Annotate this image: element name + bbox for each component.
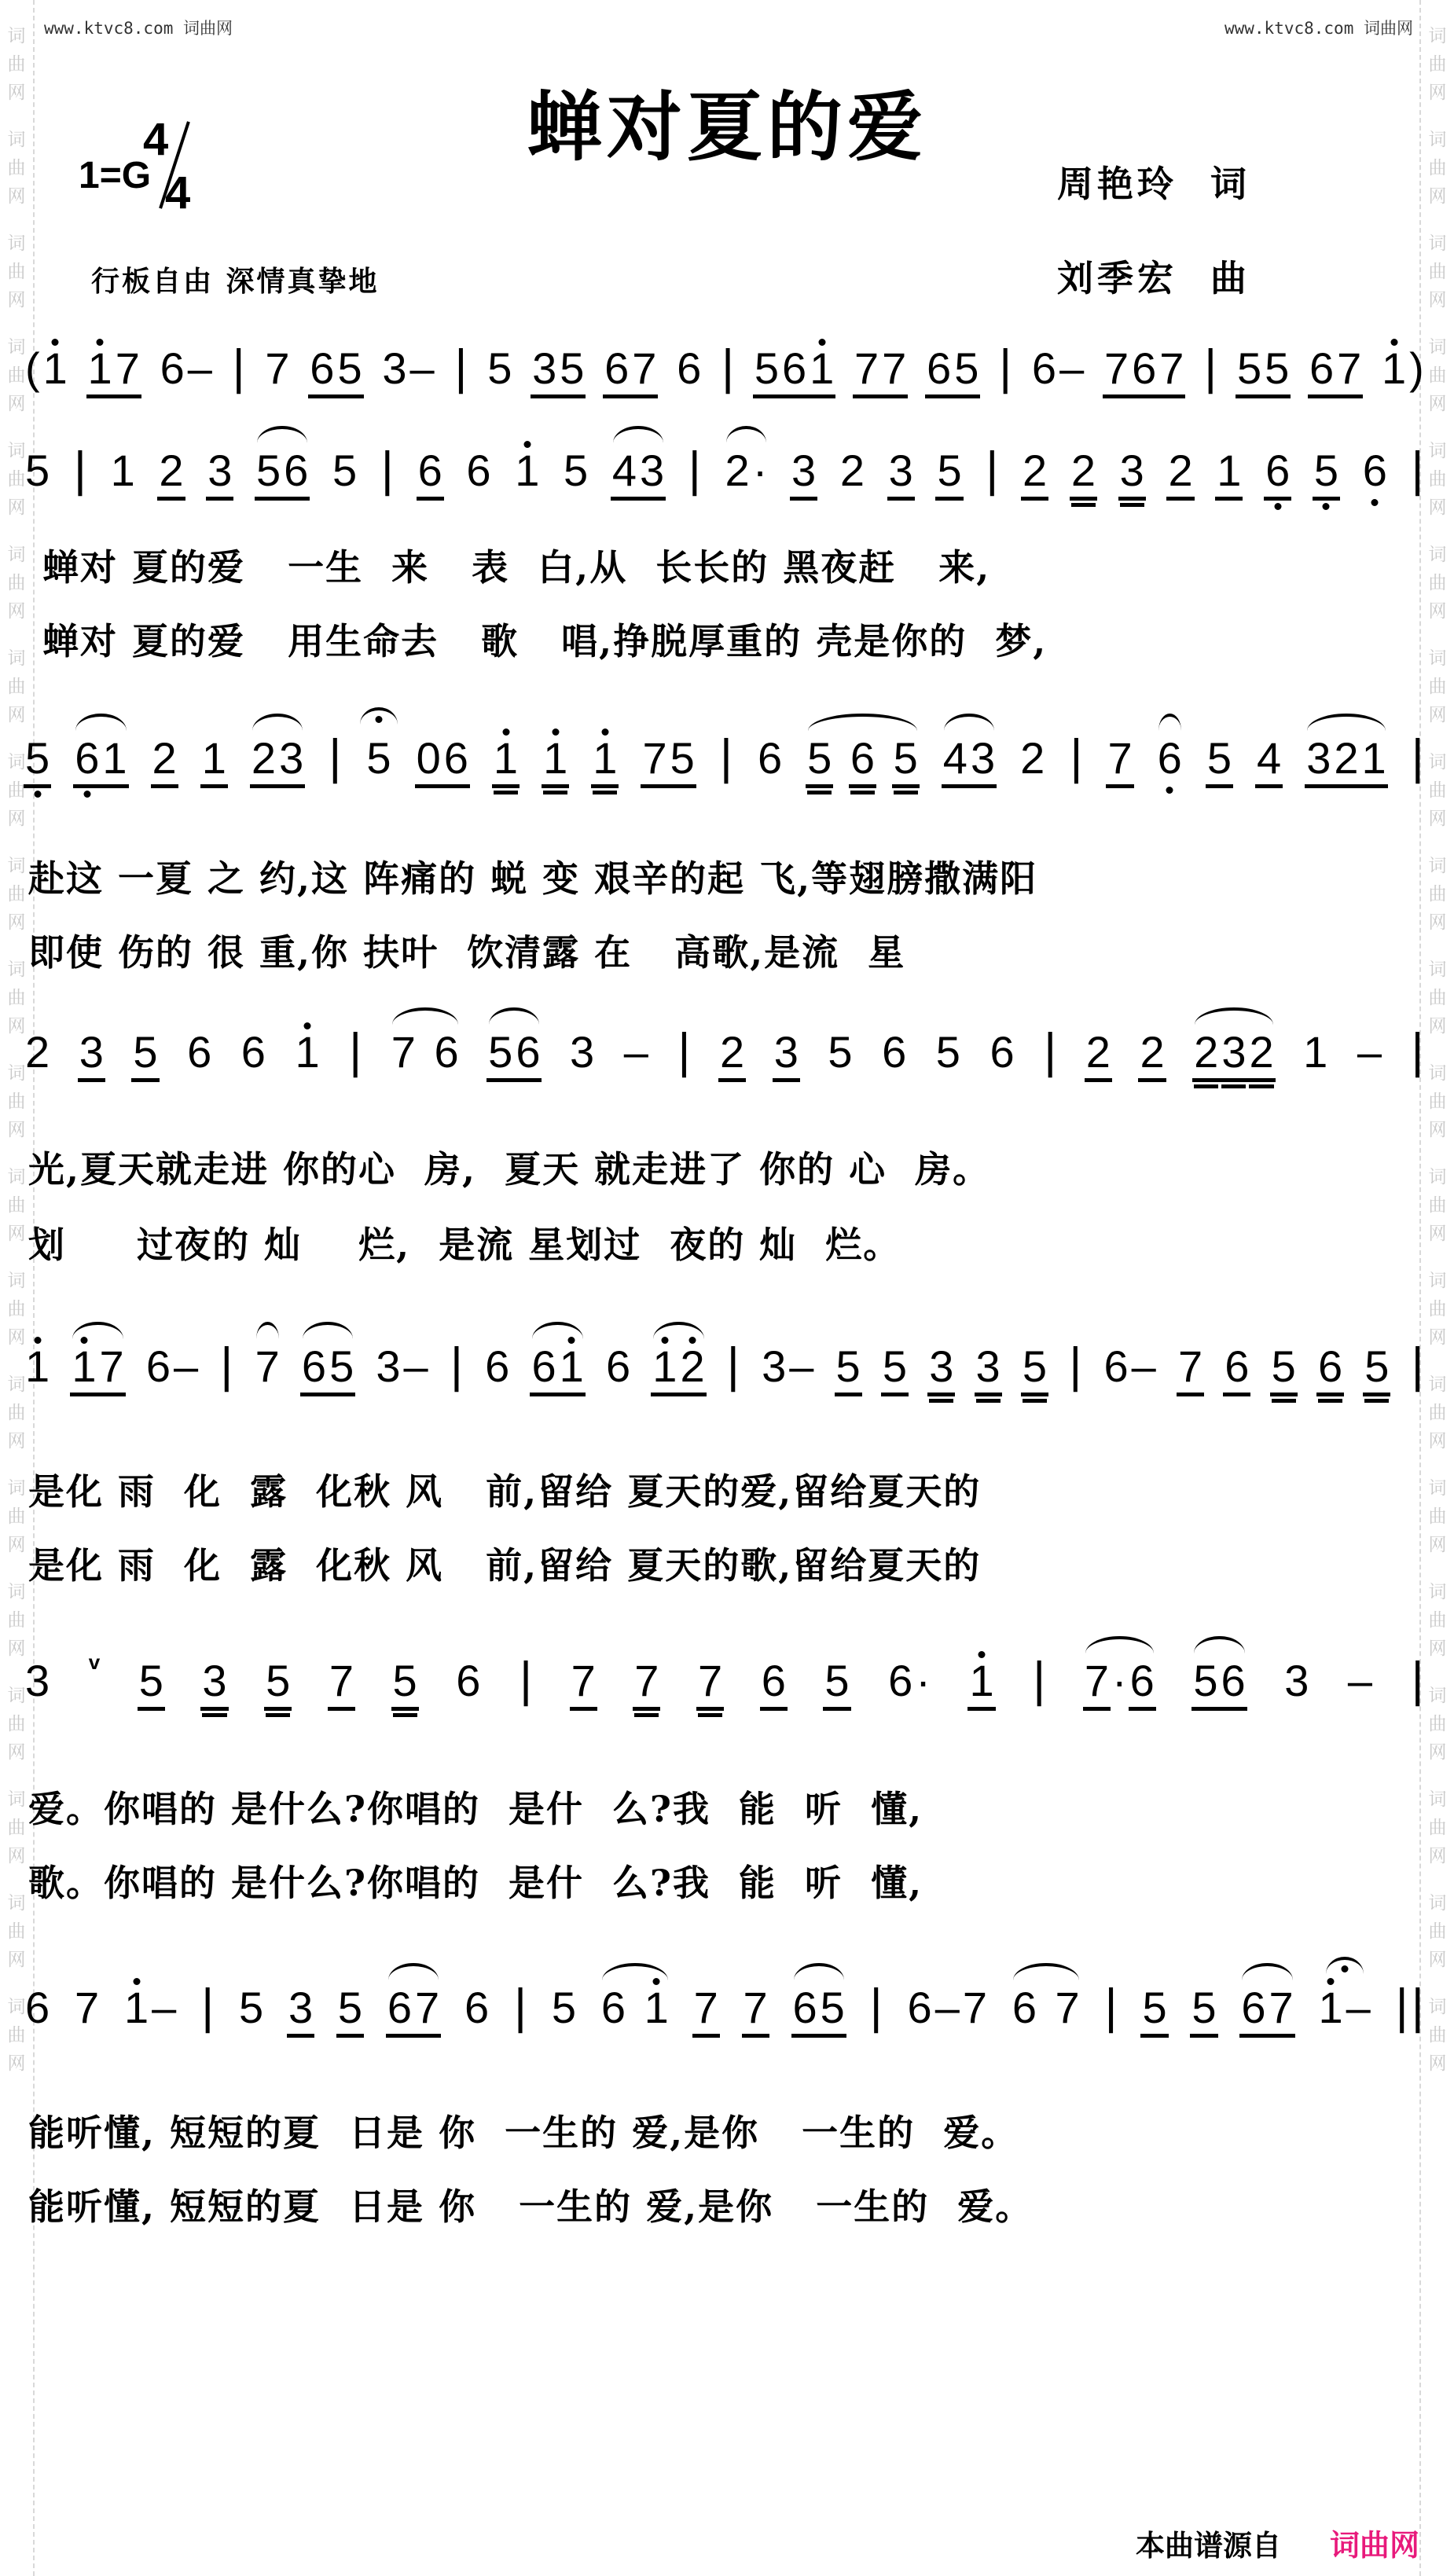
note-token: 75 — [641, 732, 696, 788]
note-token: 6–7 — [906, 1982, 989, 2033]
note-token: 1 — [24, 1341, 51, 1392]
note-token: 232 — [1192, 1026, 1275, 1082]
side-watermark-group: 词曲网 — [0, 1578, 33, 1663]
barline: | — [1042, 1023, 1058, 1079]
note-token: 5 — [550, 1982, 578, 2033]
note-token: 7 — [1177, 1341, 1204, 1396]
note-token: 5 — [823, 1655, 850, 1711]
note-token: 6 — [760, 1655, 788, 1711]
side-watermark-group: 词曲网 — [1421, 1889, 1454, 1974]
note-token: 1 — [1215, 445, 1243, 501]
note-token: 5 — [1206, 732, 1233, 788]
note-token: 1) — [1380, 343, 1426, 394]
note-token: 2 — [718, 1026, 746, 1082]
note-token: 6 — [756, 732, 784, 783]
note-token: 77 — [853, 343, 908, 398]
note-token: 6 — [483, 1341, 511, 1392]
note-token: 6 — [463, 1982, 490, 2033]
barline: | — [218, 1338, 234, 1393]
site-watermark-top-left: www.ktvc8.com 词曲网 — [44, 16, 233, 39]
note-token: 3 — [887, 445, 915, 501]
note-token: 6 — [185, 1026, 213, 1077]
barline: | — [1410, 729, 1426, 785]
note-token: 2 — [839, 445, 866, 496]
note-token: 67 — [1308, 343, 1363, 398]
barline: | — [1410, 1338, 1426, 1393]
note-token: 7 — [73, 1982, 101, 2033]
barline: | — [1410, 442, 1426, 497]
note-token: 1 — [109, 445, 137, 496]
note-token: 7 — [263, 343, 291, 394]
note-token: 43 — [611, 445, 666, 501]
note-token: 17 — [70, 1341, 125, 1396]
note-token: 6 — [1264, 445, 1291, 501]
note-token: 2 — [1070, 445, 1097, 501]
side-watermark-group: 词曲网 — [1421, 1474, 1454, 1559]
note-token: 5 — [562, 445, 589, 496]
note-token: 3 — [24, 1655, 51, 1706]
note-token: 61 — [73, 732, 128, 788]
note-token: 5 — [835, 1341, 862, 1396]
side-watermark-group: 词曲网 — [1421, 1371, 1454, 1455]
note-token: 6 — [880, 1026, 908, 1077]
note-token: 5 — [1190, 1982, 1217, 2038]
note-token: 23 — [250, 732, 305, 788]
footer-source-label: 本曲谱源自 — [1136, 2522, 1281, 2564]
note-token: 6– — [1030, 343, 1085, 394]
note-token: 3 — [78, 1026, 105, 1082]
time-signature-numerator: 4 — [143, 113, 168, 166]
note-token: 2 — [151, 732, 178, 788]
barline: | — [676, 1023, 692, 1079]
note-token: 6 — [417, 445, 444, 501]
lyric-line-3b: 划 过夜的 灿 烂, 是流 星划过 夜的 灿 烂。 — [28, 1216, 901, 1268]
note-token: 5 — [365, 732, 392, 783]
note-token: – — [1356, 1026, 1383, 1077]
side-watermark-group: 词曲网 — [1421, 1993, 1454, 2078]
footer-site-name: 词曲网 — [1330, 2521, 1419, 2564]
note-token: 7 — [696, 1655, 724, 1711]
barline: | — [72, 442, 88, 497]
note-token: 1 — [513, 445, 541, 496]
note-token: 6 — [675, 343, 703, 394]
note-token: 1– — [123, 1982, 178, 2033]
note-token: 3 — [287, 1982, 314, 2038]
note-token: 3 — [790, 445, 817, 501]
note-token: 67 — [603, 343, 658, 398]
barline: | — [1410, 1652, 1426, 1708]
note-token: 5 — [391, 1655, 419, 1711]
time-signature: 4 4 — [143, 116, 209, 222]
note-token: 6 — [988, 1026, 1015, 1077]
note-token: 4 — [1255, 732, 1283, 788]
side-watermark-group: 词曲网 — [1421, 1267, 1454, 1352]
note-token: 321 — [1305, 732, 1387, 788]
note-token: 7 — [570, 1655, 597, 1711]
composer-credit: 刘季宏 曲 — [1057, 250, 1250, 302]
note-token: 55 — [1236, 343, 1291, 398]
barline: | — [449, 1338, 464, 1393]
note-token: 65 — [300, 1341, 355, 1396]
lyric-line-4a: 是化 雨 化 露 化秋 风 前,留给 夏天的爱,留给夏天的 — [28, 1463, 981, 1515]
note-token: 5 — [1270, 1341, 1298, 1396]
music-line-6: 3v535756|777656·1|7·6563–| — [24, 1652, 1426, 1711]
note-token: 65 — [791, 1982, 846, 2038]
note-token: 3– — [380, 343, 435, 394]
barline: | — [1103, 1979, 1119, 2035]
note-token: 67 — [1239, 1982, 1294, 2038]
note-token: 1 — [1302, 1026, 1329, 1077]
lyric-line-5a: 爱。你唱的 是什么?你唱的 是什 么?我 能 听 懂, — [28, 1781, 923, 1833]
note-token: 7·6 — [1083, 1655, 1156, 1711]
note-token: 5 6 5 — [806, 732, 920, 788]
barline: | — [1410, 1023, 1426, 1079]
note-token: 3 — [773, 1026, 800, 1082]
note-token: v — [87, 1650, 101, 1675]
note-token: 65 — [308, 343, 363, 398]
note-token: 65 — [925, 343, 980, 398]
note-token: 56 — [1191, 1655, 1247, 1711]
note-token: 12 — [651, 1341, 706, 1396]
barline: | — [997, 339, 1013, 395]
note-token: 2· — [724, 445, 769, 496]
note-token: 6 1 — [600, 1982, 670, 2033]
note-token: 7 — [742, 1982, 769, 2038]
note-token: 6 — [454, 1655, 482, 1706]
note-token: 6 — [1361, 445, 1389, 496]
note-token: 6 — [1316, 1341, 1344, 1396]
music-line-5: 1176–|7653–|661612|3–55335|6–76565| — [24, 1338, 1426, 1396]
note-token: 6– — [145, 1341, 200, 1392]
note-token: 2 — [1138, 1026, 1166, 1082]
note-token: 67 — [386, 1982, 441, 2038]
note-token: 1 — [492, 732, 520, 788]
barline: | — [200, 1979, 215, 2035]
note-token: 5 — [1140, 1982, 1168, 2038]
sheet-music-page: 词曲网词曲网词曲网词曲网词曲网词曲网词曲网词曲网词曲网词曲网词曲网词曲网词曲网词… — [0, 0, 1454, 2576]
note-token: 3 — [927, 1341, 955, 1396]
footer-attribution: 本曲谱源自 词曲网 — [1136, 2521, 1419, 2564]
barline: | — [1067, 1338, 1083, 1393]
side-watermark-group: 词曲网 — [1421, 333, 1454, 418]
note-token: 5 — [1363, 1341, 1390, 1396]
note-token: 5 — [131, 1026, 159, 1082]
site-watermark-top-right: www.ktvc8.com 词曲网 — [1225, 16, 1413, 39]
note-token: 5 — [934, 1026, 962, 1077]
lyric-line-6b: 能听懂, 短短的夏 日是 你 一生的 爱,是你 一生的 爱。 — [28, 2178, 1033, 2230]
barline: | — [1031, 1652, 1047, 1708]
barline: | — [868, 1979, 884, 2035]
note-token: 3 — [206, 445, 233, 501]
side-watermark-group: 词曲网 — [1421, 748, 1454, 833]
music-line-3: 5612123|50611175|65 6 5432|7654321| — [24, 729, 1426, 788]
note-token: 56 — [487, 1026, 542, 1082]
side-watermark-group: 词曲网 — [1421, 1059, 1454, 1144]
side-watermark-group: 词曲网 — [1421, 437, 1454, 522]
note-token: 5 — [935, 445, 963, 501]
time-signature-denominator: 4 — [165, 167, 190, 219]
side-watermark-group: 词曲网 — [0, 229, 33, 314]
barline: | — [512, 1979, 528, 2035]
barline: | — [720, 339, 736, 395]
lyric-line-6a: 能听懂, 短短的夏 日是 你 一生的 爱,是你 一生的 爱。 — [28, 2104, 1019, 2156]
note-token: 17 — [86, 343, 141, 398]
note-token: 3 — [200, 1655, 228, 1711]
barline: | — [231, 339, 247, 395]
note-token: 43 — [942, 732, 997, 788]
note-token: 3– — [374, 1341, 429, 1392]
note-token: 767 — [1103, 343, 1185, 398]
lyricist-credit: 周艳玲 词 — [1057, 156, 1250, 207]
note-token: 5 — [138, 1655, 165, 1711]
note-token: (1 — [24, 343, 69, 394]
note-token: 6 — [1156, 732, 1184, 783]
note-token: 6– — [159, 343, 214, 394]
note-token: 5 — [24, 445, 51, 496]
barline: | — [687, 442, 703, 497]
barline: | — [453, 339, 468, 395]
note-token: 6 — [240, 1026, 267, 1077]
note-token: 3– — [760, 1341, 815, 1392]
barline: | — [1068, 729, 1084, 785]
note-token: 1– — [1317, 1982, 1372, 2033]
lyric-line-1b: 蝉对 夏的爱 用生命去 歌 唱,挣脱厚重的 壳是你的 梦, — [28, 613, 1047, 665]
side-watermark-group: 词曲网 — [1421, 644, 1454, 729]
music-line-4: 235661|7 6563–|235656|222321–| — [24, 1023, 1426, 1082]
music-line-intro: (1176–|7653–|535676|5617765|6–767|55671) — [24, 339, 1426, 398]
barline: | — [327, 729, 343, 785]
side-watermark-group: 词曲网 — [1421, 1163, 1454, 1248]
note-token: 3 — [568, 1026, 596, 1077]
note-token: 06 — [415, 732, 470, 788]
side-watermark-group: 词曲网 — [1421, 1785, 1454, 1870]
note-token: 5 — [1021, 1341, 1048, 1396]
note-token: 1 — [967, 1655, 995, 1711]
note-token: 5 — [486, 343, 513, 394]
note-token: – — [1346, 1655, 1374, 1706]
key-signature: 1=G — [79, 154, 151, 197]
lyric-line-3a: 光,夏天就走进 你的心 房, 夏天 就走进了 你的 心 房。 — [28, 1141, 990, 1193]
note-token: 6· — [887, 1655, 932, 1706]
barline: | — [1202, 339, 1218, 395]
side-watermark-group: 词曲网 — [1421, 541, 1454, 626]
note-token: 5 — [336, 1982, 364, 2038]
barline: | — [518, 1652, 534, 1708]
note-token: 6 — [24, 1982, 51, 2033]
lyric-line-5b: 歌。你唱的 是什么?你唱的 是什 么?我 能 听 懂, — [28, 1855, 923, 1906]
note-token: 7 — [328, 1655, 355, 1711]
note-token: 7 — [633, 1655, 660, 1711]
note-token: 561 — [753, 343, 835, 398]
note-token: 7 — [692, 1982, 720, 2038]
barline: | — [380, 442, 395, 497]
note-token: 7 6 — [390, 1026, 461, 1077]
note-token: 35 — [531, 343, 586, 398]
tempo-marking: 行板自由 深情真挚地 — [91, 259, 380, 299]
note-token: 5 — [331, 445, 358, 496]
barline: | — [725, 1338, 741, 1393]
side-watermark-group: 词曲网 — [1421, 956, 1454, 1040]
note-token: 3 — [1118, 445, 1146, 501]
music-line-2: 5|123565|661543|2·3235|22321656| — [24, 442, 1426, 501]
note-token: 1 — [591, 732, 619, 788]
music-line-7: 671–|535676|56 17765|6–76 7|55671–|| — [24, 1979, 1426, 2038]
barline: | — [984, 442, 1000, 497]
note-token: 5 — [826, 1026, 854, 1077]
note-token: 2 — [157, 445, 185, 501]
note-token: 6– — [1102, 1341, 1157, 1392]
note-token: 1 — [200, 732, 228, 788]
side-watermark-group: 词曲网 — [1421, 229, 1454, 314]
barline: | — [718, 729, 734, 785]
side-watermark-group: 词曲网 — [1421, 1682, 1454, 1767]
note-token: 6 7 — [1011, 1982, 1081, 2033]
side-watermark-group: 词曲网 — [1421, 852, 1454, 937]
note-token: 1 — [542, 732, 569, 788]
note-token: 61 — [530, 1341, 585, 1396]
note-token: 2 — [1085, 1026, 1112, 1082]
note-token: 6 — [604, 1341, 632, 1392]
lyric-line-1a: 蝉对 夏的爱 一生 来 表 白,从 长长的 黑夜赶 来, — [28, 539, 990, 591]
note-token: 56 — [255, 445, 310, 501]
lyric-line-2a: 赴这 一夏 之 约,这 阵痛的 蜕 变 艰辛的起 飞,等翅膀撒满阳 — [28, 850, 1037, 902]
note-token: 6 — [464, 445, 492, 496]
note-token: 5 — [881, 1341, 909, 1396]
note-token: 6 — [1223, 1341, 1250, 1396]
lyric-line-4b: 是化 雨 化 露 化秋 风 前,留给 夏天的歌,留给夏天的 — [28, 1537, 981, 1589]
note-token: 5 — [237, 1982, 265, 2033]
barline: | — [347, 1023, 363, 1079]
note-token: 7 — [1106, 732, 1133, 788]
note-token: 5 — [24, 732, 51, 788]
note-token: – — [622, 1026, 650, 1077]
note-token: 2 — [1019, 732, 1046, 783]
note-token: 1 — [293, 1026, 321, 1077]
note-token: 7 — [254, 1341, 281, 1392]
lyric-line-2b: 即使 伤的 很 重,你 扶叶 饮清露 在 高歌,是流 星 — [28, 924, 905, 976]
note-token: 2 — [1021, 445, 1048, 501]
note-token: 5 — [264, 1655, 292, 1711]
note-token: 3 — [1283, 1655, 1310, 1706]
note-token: 2 — [24, 1026, 51, 1077]
note-token: 2 — [1166, 445, 1194, 501]
side-watermark-group: 词曲网 — [1421, 1578, 1454, 1663]
note-token: 5 — [1313, 445, 1340, 501]
note-token: 3 — [975, 1341, 1002, 1396]
barline: || — [1394, 1979, 1426, 2035]
